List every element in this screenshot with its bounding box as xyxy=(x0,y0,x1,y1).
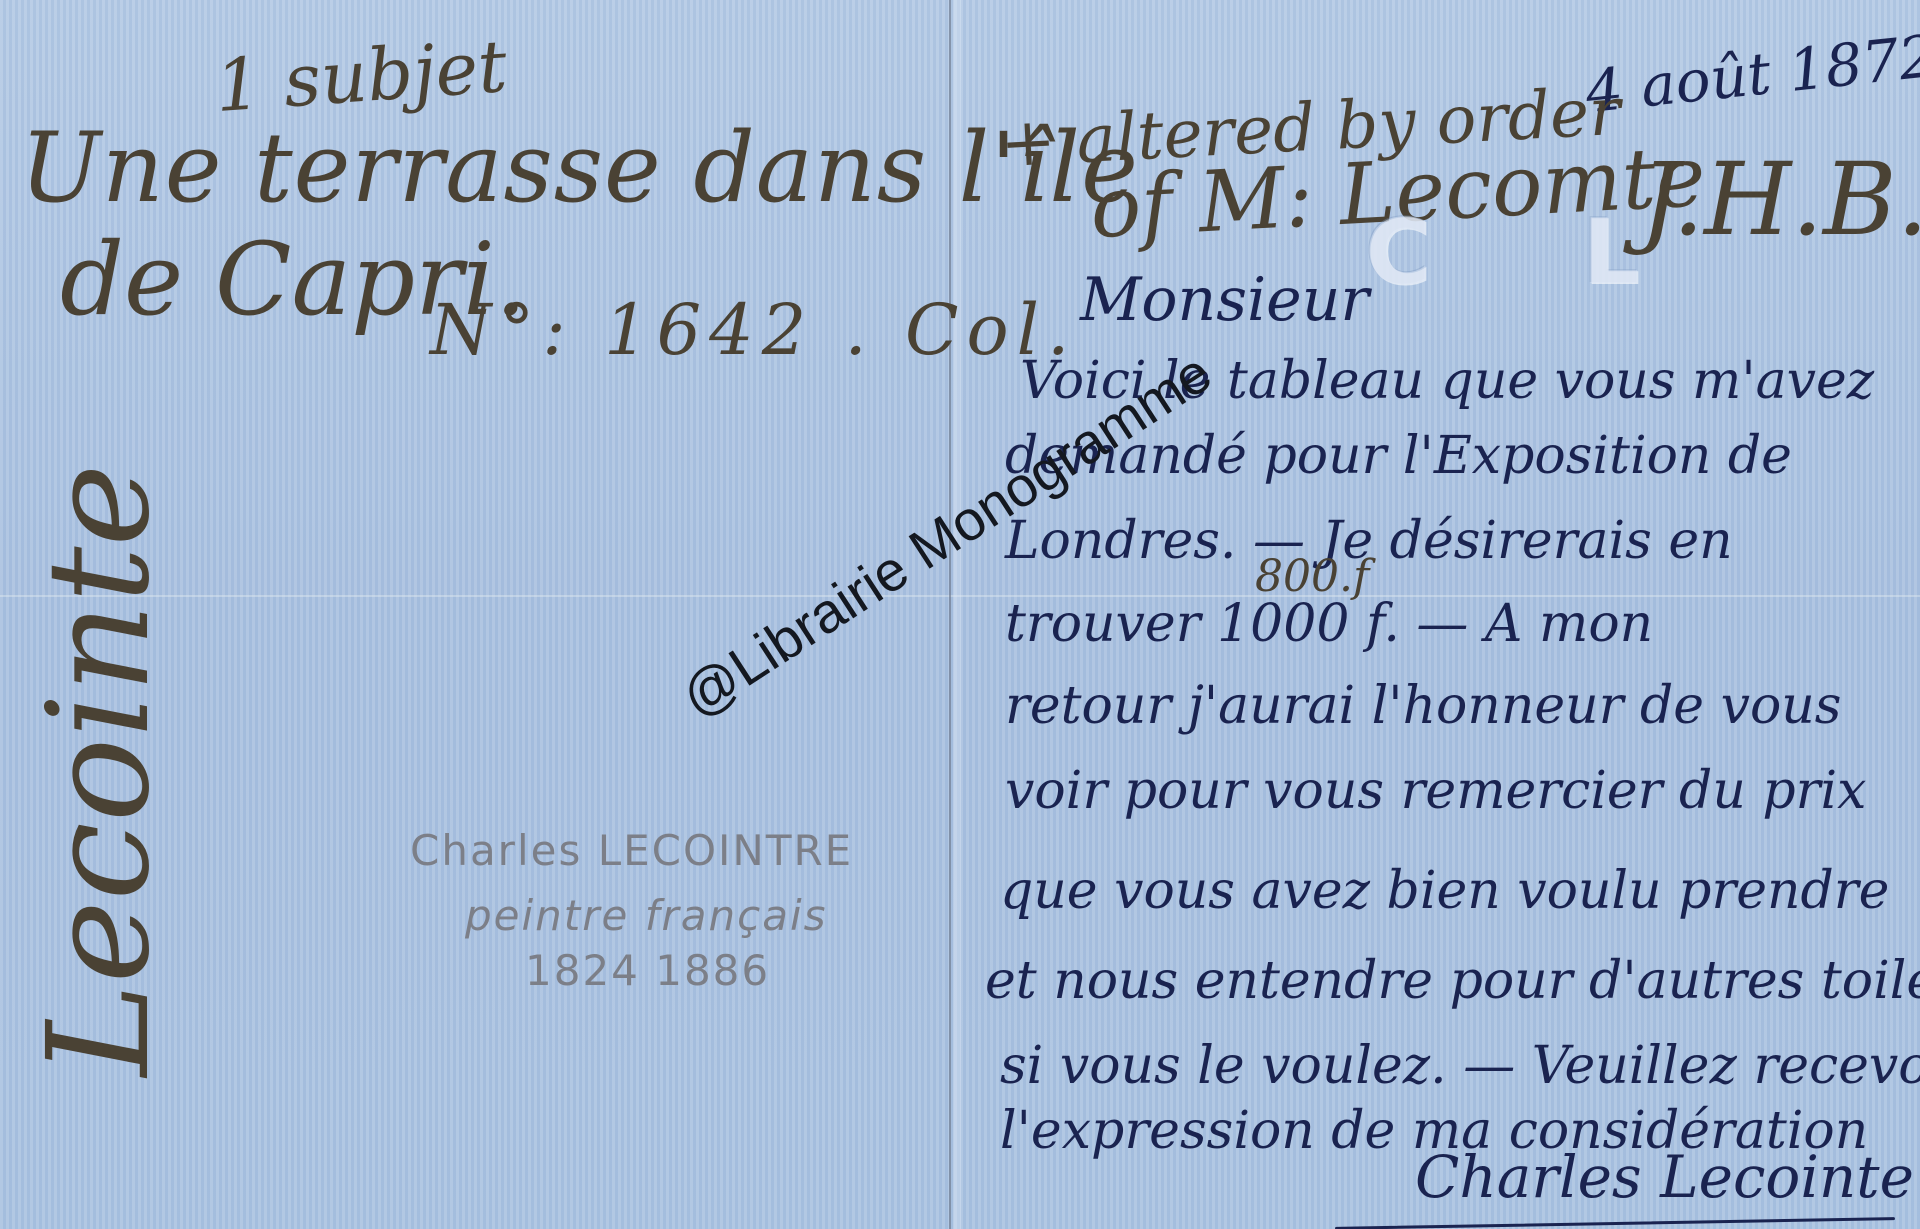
body-line: voir pour vous remercier du prix xyxy=(1005,765,1866,817)
catalog-number: N°: 1642 . Col. xyxy=(430,295,1077,365)
body-line: et nous entendre pour d'autres toiles xyxy=(985,955,1920,1007)
salutation: Monsieur xyxy=(1080,270,1369,330)
letter-signature: Charles Lecointe xyxy=(1415,1148,1914,1206)
body-line: si vous le voulez. — Veuillez recevoir xyxy=(1000,1040,1920,1092)
body-line: trouver 1000 f. — A mon xyxy=(1005,598,1653,650)
pencil-note-dates: 1824 1886 xyxy=(525,950,770,992)
price-correction: 800.f xyxy=(1255,555,1369,599)
annotation-subject: 1 subjet xyxy=(213,30,509,122)
letter-scan: 1 subjet Une terrasse dans l'île de Capr… xyxy=(0,0,1920,1229)
signature-underline xyxy=(1335,1217,1895,1229)
body-line: que vous avez bien voulu prendre xyxy=(1000,865,1889,917)
painting-title-line1: Une terrasse dans l'île xyxy=(20,120,1139,216)
vertical-signature: Lecointe xyxy=(30,460,170,1080)
pencil-note-name: Charles LECOINTRE xyxy=(410,830,853,872)
letter-date: 4 août 1872 xyxy=(1583,27,1920,121)
pencil-note-occupation: peintre français xyxy=(465,895,828,937)
body-line: retour j'aurai l'honneur de vous xyxy=(1005,680,1841,732)
embossed-monogram: C L xyxy=(1365,200,1700,305)
